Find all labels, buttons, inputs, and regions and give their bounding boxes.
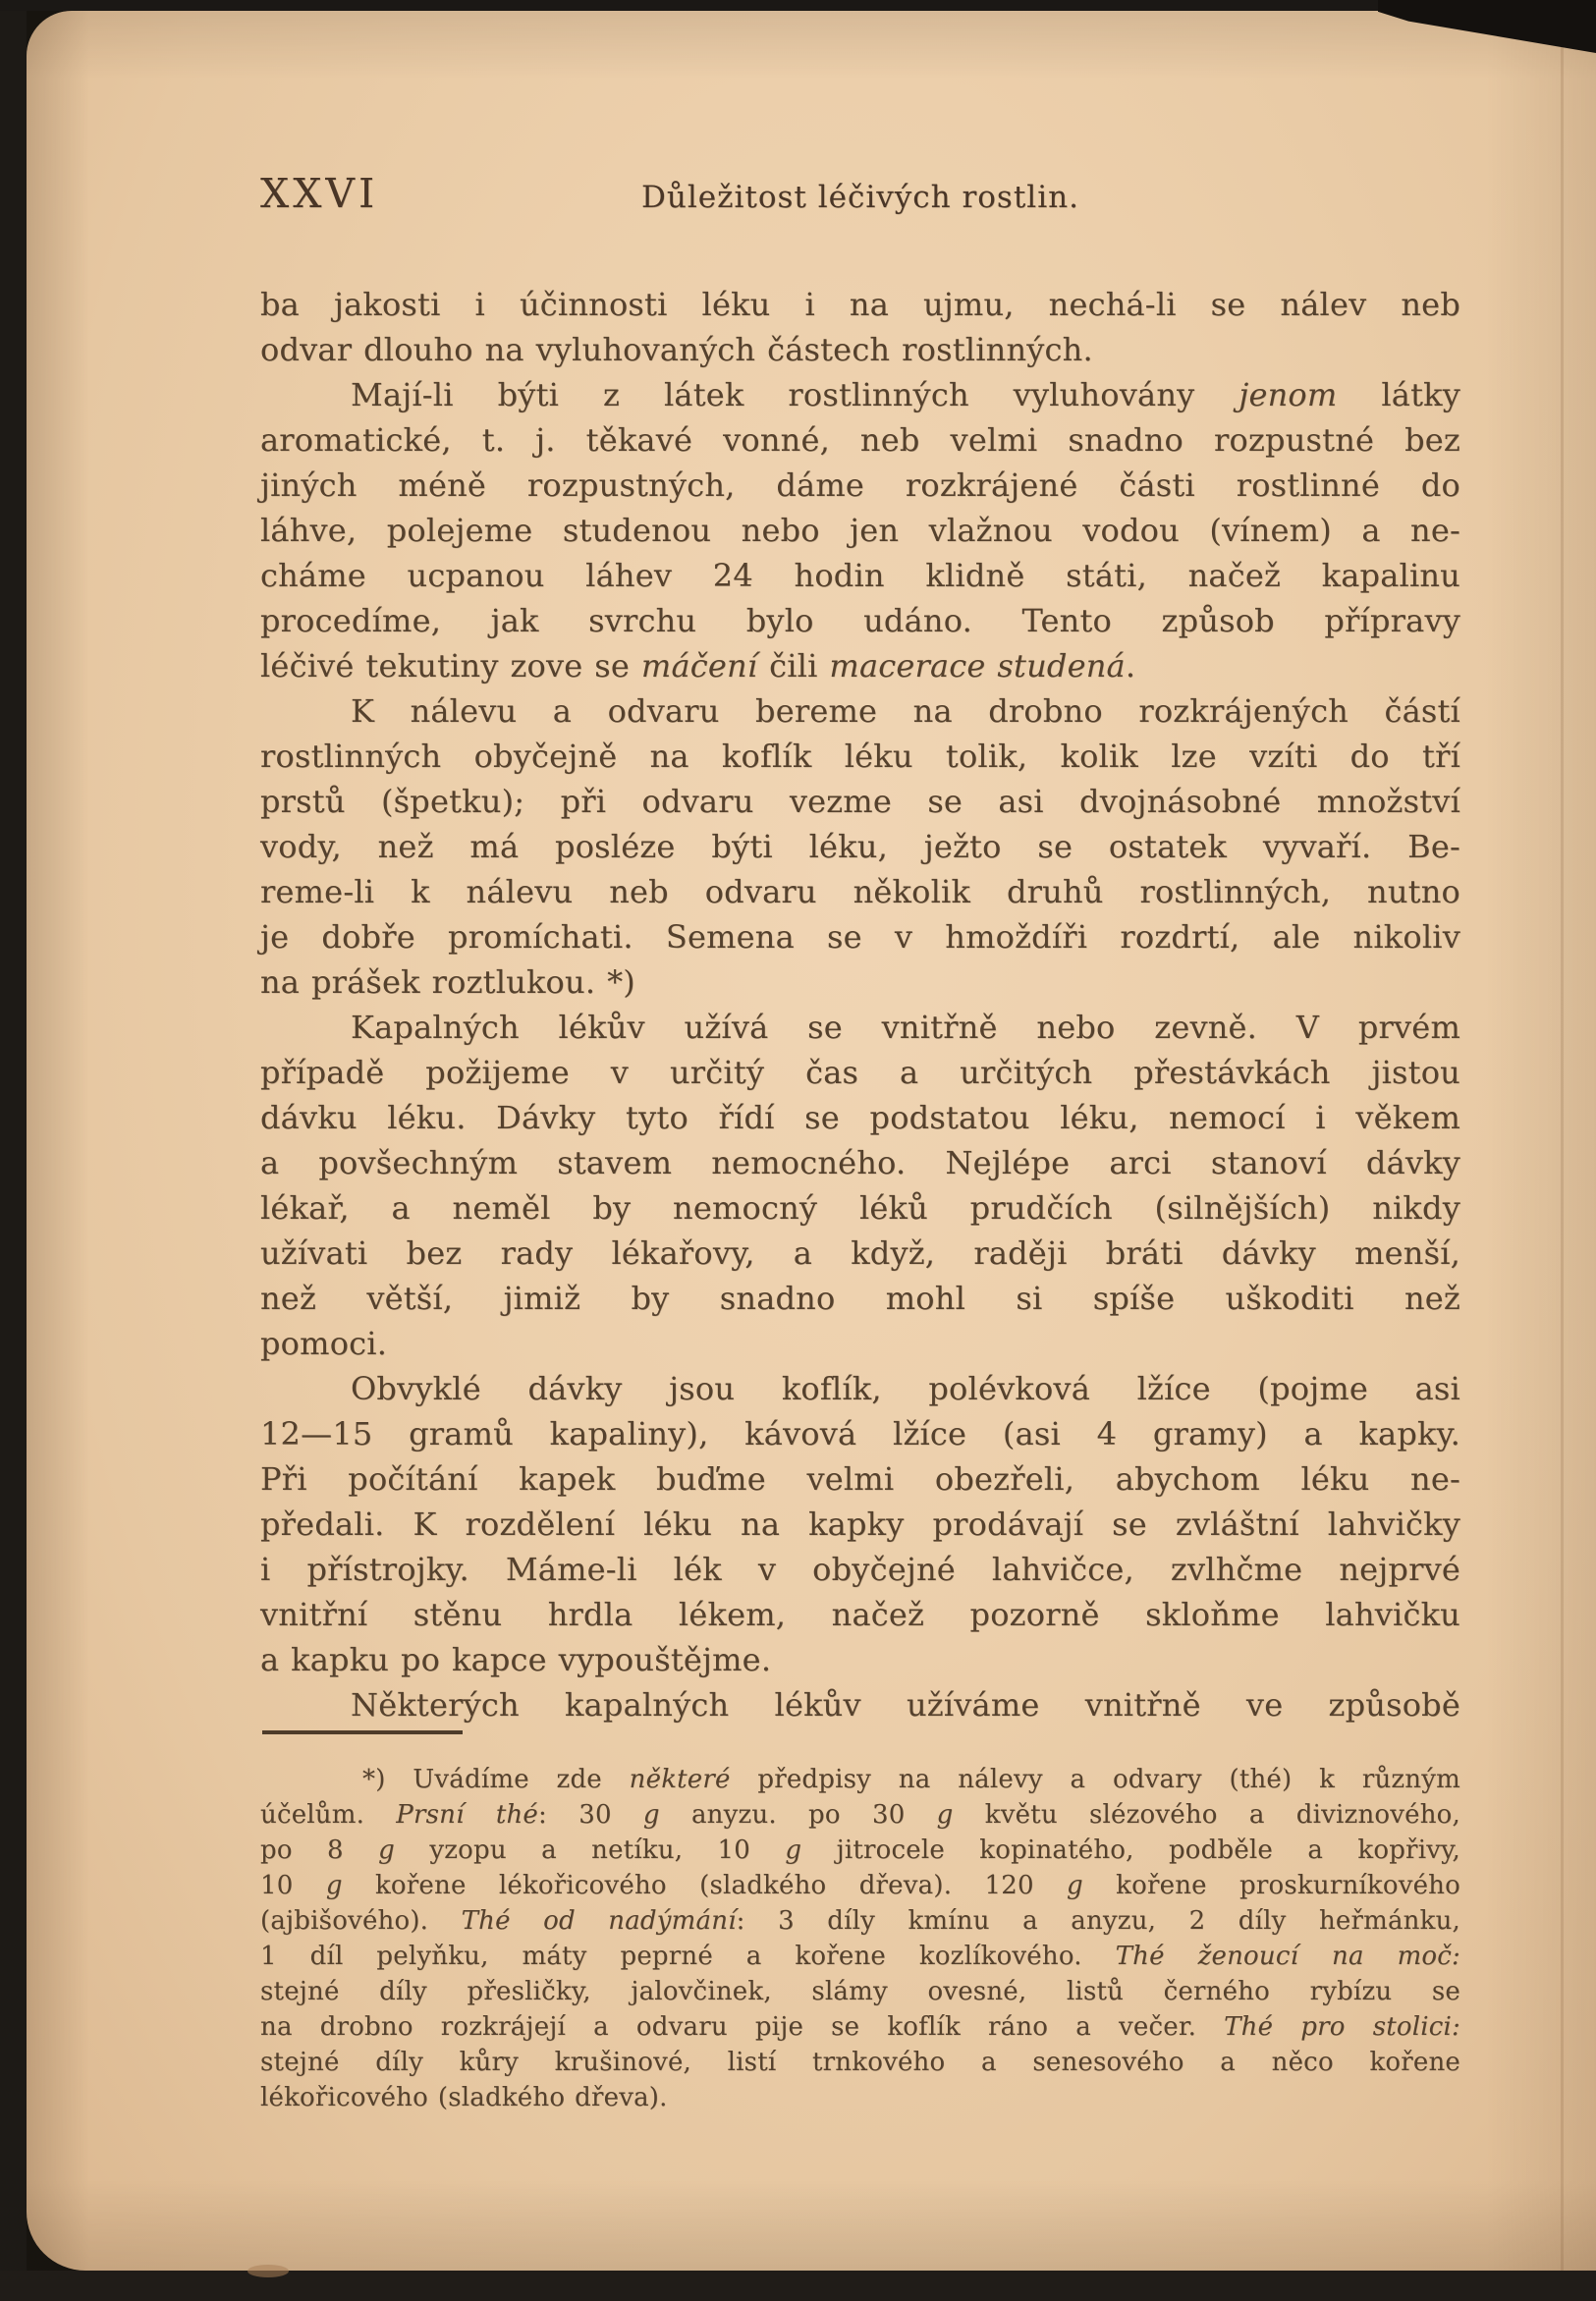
text-line: než větší, jimiž by snadno mohl si spíše… — [260, 1276, 1460, 1321]
text-line: Mají-li býti z látek rostlinných vyluhov… — [260, 372, 1460, 417]
text-line: 12—15 gramů kapaliny), kávová lžíce (asi… — [260, 1411, 1460, 1456]
page-header: XXVI Důležitost léčivých rostlin. — [260, 158, 1460, 217]
text-line: reme-li k nálevu neb odvaru několik druh… — [260, 869, 1460, 914]
paper-smudge — [248, 2265, 289, 2277]
text-line: 1 díl pelyňku, máty peprné a kořene kozl… — [260, 1939, 1460, 1974]
text-line: na prášek roztlukou. *) — [260, 959, 1460, 1005]
text-line: ba jakosti i účinnosti léku i na ujmu, n… — [260, 282, 1460, 327]
text-line: stejné díly kůry krušinové, listí trnkov… — [260, 2045, 1460, 2080]
text-line: Kapalných lékův užívá se vnitřně nebo ze… — [260, 1005, 1460, 1050]
text-line: láhve, polejeme studenou nebo jen vlažno… — [260, 508, 1460, 553]
text-line: Při počítání kapek buďme velmi obezřeli,… — [260, 1456, 1460, 1502]
text-line: Obvyklé dávky jsou koflík, polévková lží… — [260, 1366, 1460, 1411]
text-line: aromatické, t. j. těkavé vonné, neb velm… — [260, 417, 1460, 463]
text-line: 10 g kořene lékořicového (sladkého dřeva… — [260, 1868, 1460, 1903]
text-line: po 8 g yzopu a netíku, 10 g jitrocele ko… — [260, 1833, 1460, 1868]
text-line: cháme ucpanou láhev 24 hodin klidně stát… — [260, 553, 1460, 598]
text-line: vody, než má posléze býti léku, ježto se… — [260, 824, 1460, 869]
text-line: účelům. Prsní thé: 30 g anyzu. po 30 g k… — [260, 1797, 1460, 1833]
text-line: předali. K rozdělení léku na kapky prodá… — [260, 1502, 1460, 1547]
text-line: a povšechným stavem nemocného. Nejlépe a… — [260, 1140, 1460, 1185]
book-page: XXVI Důležitost léčivých rostlin. ba jak… — [27, 11, 1596, 2271]
body-text: ba jakosti i účinnosti léku i na ujmu, n… — [260, 282, 1460, 1727]
text-line: pomoci. — [260, 1321, 1460, 1366]
text-line: užívati bez rady lékařovy, a když, raděj… — [260, 1231, 1460, 1276]
text-line: vnitřní stěnu hrdla lékem, načež pozorně… — [260, 1592, 1460, 1637]
scan-edge-left — [0, 0, 27, 2301]
text-line: stejné díly přesličky, jalovčinek, slámy… — [260, 1974, 1460, 2009]
text-line: Některých kapalných lékův užíváme vnitřn… — [260, 1682, 1460, 1727]
scanned-book-page: XXVI Důležitost léčivých rostlin. ba jak… — [0, 0, 1596, 2301]
scan-edge-top — [0, 0, 1596, 11]
text-line: lékořicového (sladkého dřeva). — [260, 2080, 1460, 2115]
footnote-separator-rule — [262, 1730, 463, 1734]
text-line: procedíme, jak svrchu bylo udáno. Tento … — [260, 598, 1460, 643]
text-line: *) Uvádíme zde některé předpisy na nálev… — [260, 1762, 1460, 1797]
text-line: odvar dlouho na vyluhovaných částech ros… — [260, 327, 1460, 372]
text-line: i přístrojky. Máme-li lék v obyčejné lah… — [260, 1547, 1460, 1592]
scan-edge-bottom — [0, 2271, 1596, 2301]
text-line: a kapku po kapce vypouštějme. — [260, 1637, 1460, 1682]
text-line: K nálevu a odvaru bereme na drobno rozkr… — [260, 688, 1460, 734]
footnote-text: *) Uvádíme zde některé předpisy na nálev… — [260, 1762, 1460, 2115]
text-line: rostlinných obyčejně na koflík léku toli… — [260, 734, 1460, 779]
text-line: lékař, a neměl by nemocný léků prudčích … — [260, 1185, 1460, 1231]
text-line: prstů (špetku); při odvaru vezme se asi … — [260, 779, 1460, 824]
text-line: je dobře promíchati. Semena se v hmoždíř… — [260, 914, 1460, 959]
text-line: léčivé tekutiny zove se máčení čili mace… — [260, 643, 1460, 688]
text-line: jiných méně rozpustných, dáme rozkrájené… — [260, 463, 1460, 508]
page-crease — [1561, 11, 1564, 2271]
page-number: XXVI — [260, 170, 378, 217]
text-line: na drobno rozkrájejí a odvaru pije se ko… — [260, 2009, 1460, 2045]
running-title: Důležitost léčivých rostlin. — [641, 180, 1079, 215]
text-line: případě požijeme v určitý čas a určitých… — [260, 1050, 1460, 1095]
text-line: (ajbišového). Thé od nadýmání: 3 díly km… — [260, 1903, 1460, 1939]
text-line: dávku léku. Dávky tyto řídí se podstatou… — [260, 1095, 1460, 1140]
